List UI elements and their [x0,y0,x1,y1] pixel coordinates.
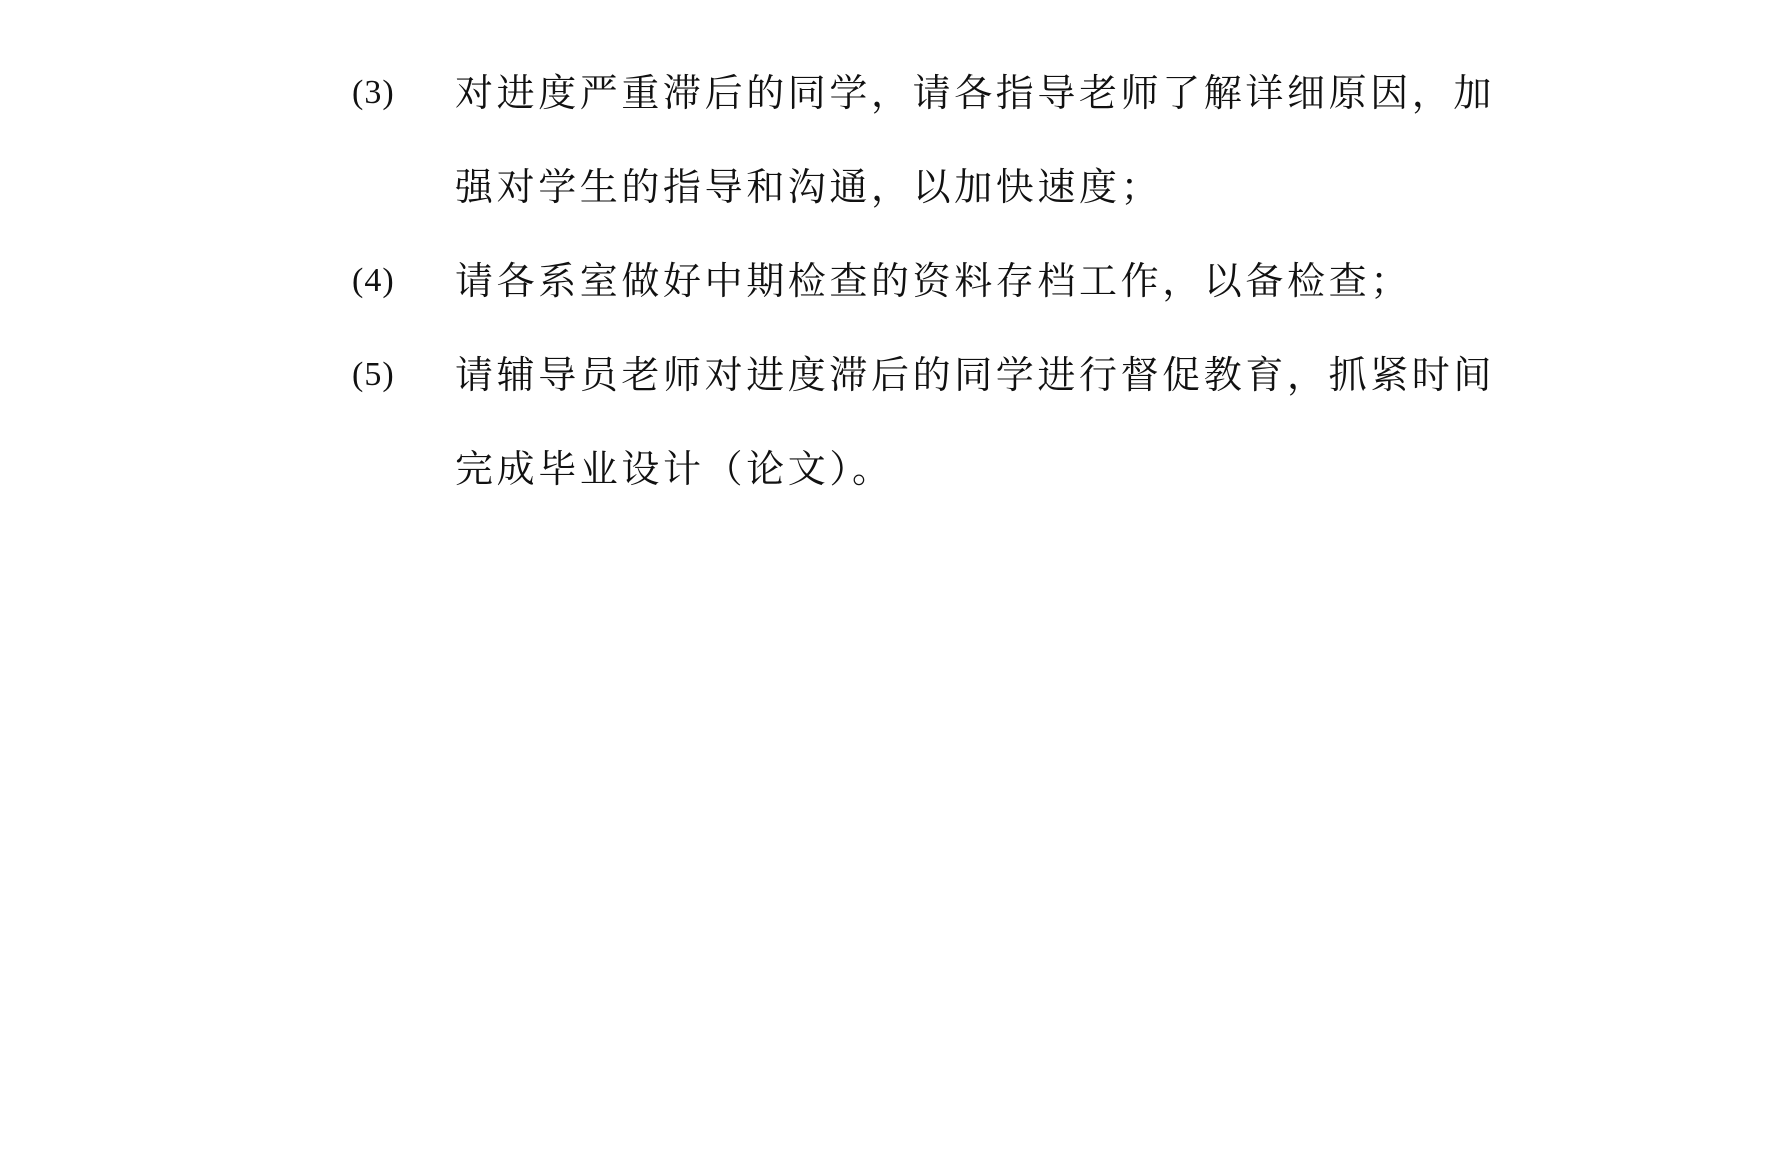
text-line: 完成毕业设计（论文）。 [455,422,1512,516]
text-line: 对进度严重滞后的同学，请各指导老师了解详细原因，加 [455,46,1512,140]
list-marker: (3) [352,46,455,140]
text-line: 请辅导员老师对进度滞后的同学进行督促教育，抓紧时间 [455,328,1512,422]
text-line: 请各系室做好中期检查的资料存档工作，以备检查； [455,234,1512,328]
list-item-5: (5) 请辅导员老师对进度滞后的同学进行督促教育，抓紧时间 完成毕业设计（论文）… [352,328,1512,516]
list-item-text: 对进度严重滞后的同学，请各指导老师了解详细原因，加 强对学生的指导和沟通，以加快… [455,46,1512,234]
list-marker: (4) [352,234,455,328]
list-item-4: (4) 请各系室做好中期检查的资料存档工作，以备检查； [352,234,1512,328]
list-item-text: 请辅导员老师对进度滞后的同学进行督促教育，抓紧时间 完成毕业设计（论文）。 [455,328,1512,516]
document-page: (3) 对进度严重滞后的同学，请各指导老师了解详细原因，加 强对学生的指导和沟通… [0,0,1773,1156]
list-item-3: (3) 对进度严重滞后的同学，请各指导老师了解详细原因，加 强对学生的指导和沟通… [352,46,1512,234]
text-line: 强对学生的指导和沟通，以加快速度； [455,140,1512,234]
list-item-text: 请各系室做好中期检查的资料存档工作，以备检查； [455,234,1512,328]
list-marker: (5) [352,328,455,422]
